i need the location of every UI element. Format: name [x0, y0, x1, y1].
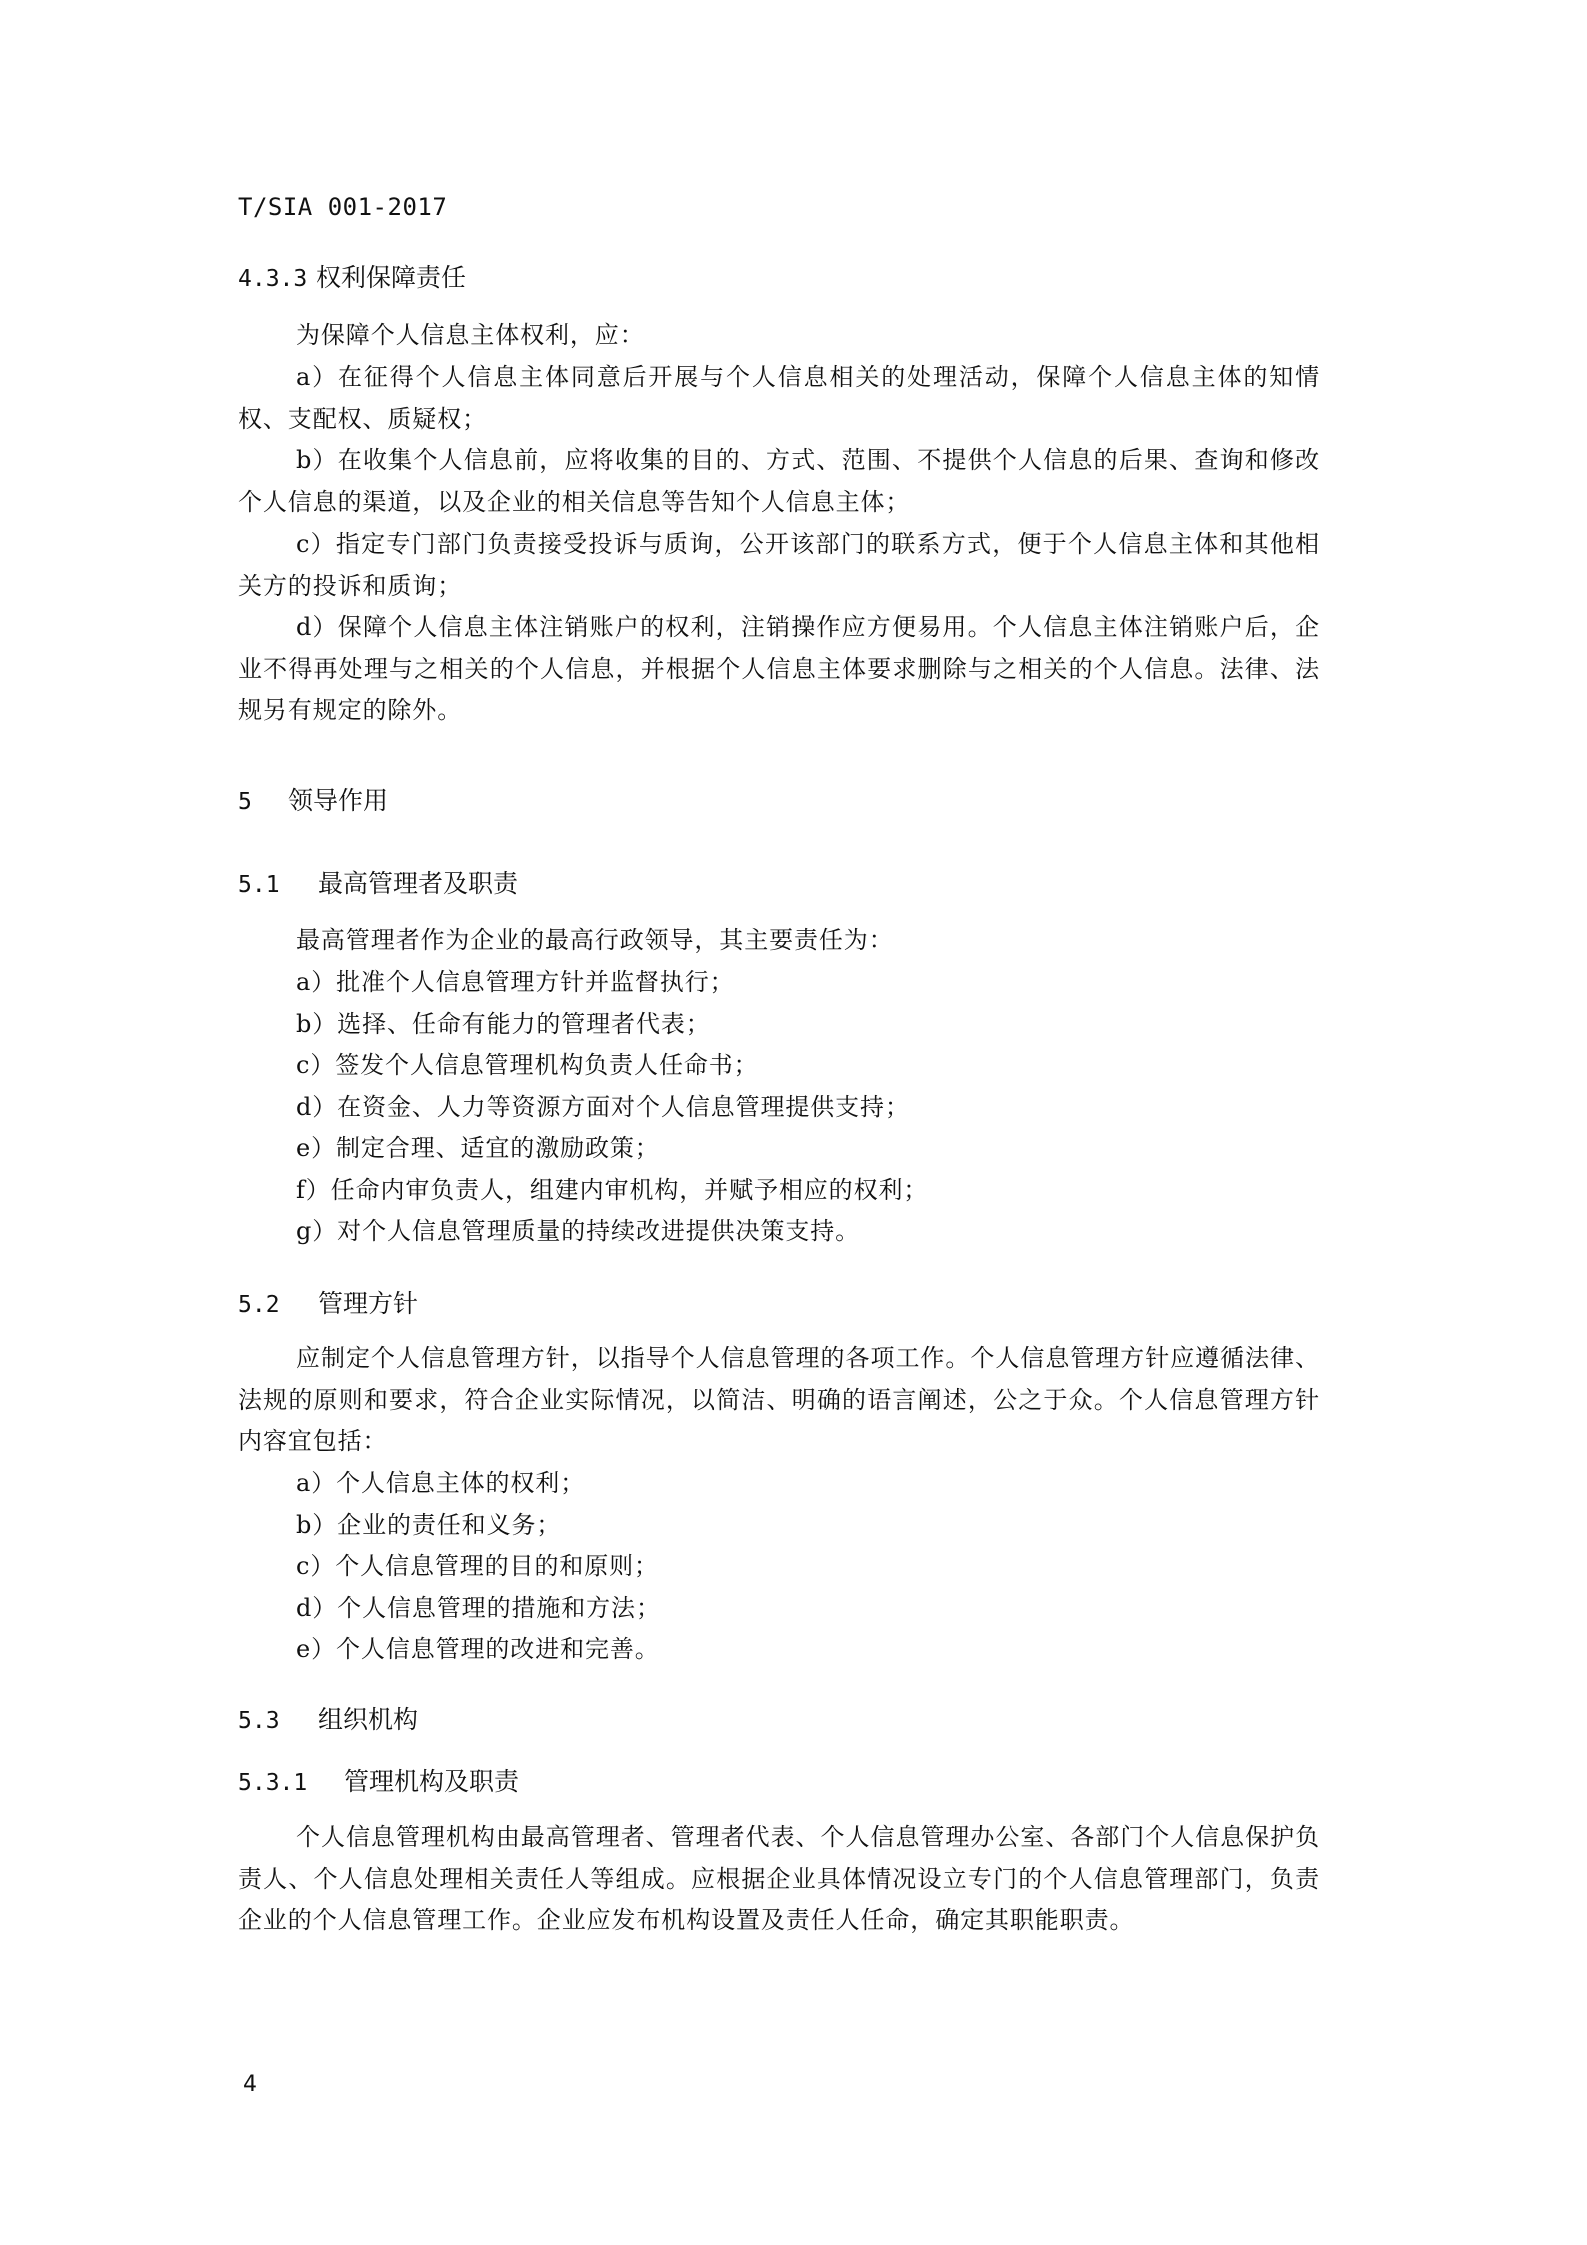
list-item: c）指定专门部门负责接受投诉与质询，公开该部门的联系方式，便于个人信息主体和其他…	[238, 524, 1320, 607]
heading-number: 5.3.1	[238, 1770, 336, 1796]
list-item: a）在征得个人信息主体同意后开展与个人信息相关的处理活动，保障个人信息主体的知情…	[238, 357, 1320, 440]
heading-title: 组织机构	[318, 1705, 418, 1734]
heading-number: 5.2	[238, 1292, 310, 1318]
list-item: c）签发个人信息管理机构负责人任命书；	[296, 1045, 759, 1087]
list-item: f）任命内审负责人，组建内审机构，并赋予相应的权利；	[296, 1170, 928, 1212]
list-item: e）个人信息管理的改进和完善。	[296, 1629, 660, 1671]
paragraph-intro: 最高管理者作为企业的最高行政领导，其主要责任为：	[296, 920, 894, 962]
list-item: a）个人信息主体的权利；	[296, 1463, 585, 1505]
heading-4-3-3: 4.3.3 权利保障责任	[238, 258, 466, 294]
heading-title: 领导作用	[288, 786, 388, 815]
list-item: b）选择、任命有能力的管理者代表；	[296, 1004, 711, 1046]
heading-5-2: 5.2 管理方针	[238, 1284, 418, 1320]
heading-5-3: 5.3 组织机构	[238, 1700, 418, 1736]
heading-title: 管理机构及职责	[344, 1767, 519, 1796]
list-item: e）制定合理、适宜的激励政策；	[296, 1128, 660, 1170]
page-number: 4	[243, 2072, 257, 2097]
document-page: T/SIA 001-2017 4.3.3 权利保障责任 为保障个人信息主体权利，…	[0, 0, 1587, 2245]
heading-5-1: 5.1 最高管理者及职责	[238, 864, 518, 900]
heading-title: 最高管理者及职责	[318, 869, 518, 898]
list-item: b）企业的责任和义务；	[296, 1505, 561, 1547]
heading-number: 5	[238, 789, 280, 815]
heading-title: 权利保障责任	[316, 263, 466, 292]
heading-title: 管理方针	[318, 1289, 418, 1318]
heading-number: 5.1	[238, 872, 310, 898]
list-item: a）批准个人信息管理方针并监督执行；	[296, 962, 735, 1004]
list-item: d）在资金、人力等资源方面对个人信息管理提供支持；	[296, 1087, 910, 1129]
heading-5-3-1: 5.3.1 管理机构及职责	[238, 1762, 519, 1798]
heading-number: 5.3	[238, 1708, 310, 1734]
heading-number: 4.3.3	[238, 266, 308, 292]
heading-5: 5 领导作用	[238, 781, 388, 817]
list-item: c）个人信息管理的目的和原则；	[296, 1546, 659, 1588]
list-item: b）在收集个人信息前，应将收集的目的、方式、范围、不提供个人信息的后果、查询和修…	[238, 440, 1320, 523]
paragraph-body: 个人信息管理机构由最高管理者、管理者代表、个人信息管理办公室、各部门个人信息保护…	[238, 1817, 1320, 1942]
paragraph-body: 应制定个人信息管理方针，以指导个人信息管理的各项工作。个人信息管理方针应遵循法律…	[238, 1338, 1320, 1463]
list-item: d）个人信息管理的措施和方法；	[296, 1588, 661, 1630]
paragraph-intro: 为保障个人信息主体权利，应：	[238, 315, 1320, 357]
list-item: d）保障个人信息主体注销账户的权利，注销操作应方便易用。个人信息主体注销账户后，…	[238, 607, 1320, 732]
standard-identifier: T/SIA 001-2017	[238, 193, 447, 221]
list-item: g）对个人信息管理质量的持续改进提供决策支持。	[296, 1211, 860, 1253]
